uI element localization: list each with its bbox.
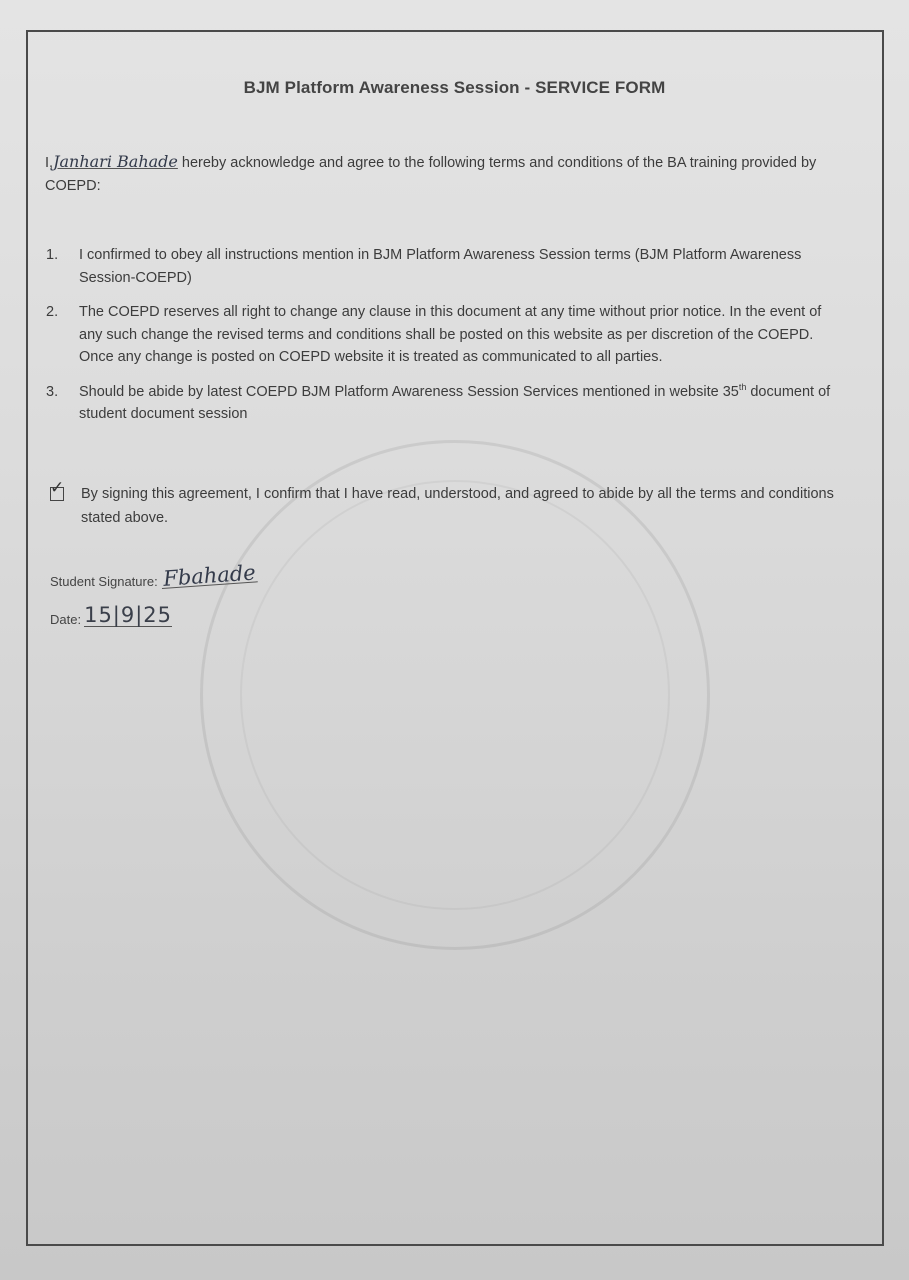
faded-stamp-inner-ring <box>240 480 670 910</box>
intro-paragraph: I,Janhari Bahade hereby acknowledge and … <box>45 150 875 198</box>
term-text: I confirmed to obey all instructions men… <box>79 244 846 289</box>
term-number: 2. <box>46 301 79 369</box>
signature-field[interactable]: Fbahade <box>160 563 258 589</box>
date-row: Date: 15|9|25 <box>50 604 172 627</box>
term-number: 3. <box>46 381 79 426</box>
date-label: Date: <box>50 612 81 627</box>
agreement-checkbox[interactable]: ✓ <box>50 487 64 501</box>
term-item: 1. I confirmed to obey all instructions … <box>46 244 846 289</box>
intro-prefix: I, <box>45 155 53 171</box>
signature-row: Student Signature: Fbahade <box>50 570 258 589</box>
term-text: The COEPD reserves all right to change a… <box>79 301 846 369</box>
date-field[interactable]: 15|9|25 <box>84 604 172 627</box>
agreement-row: ✓ By signing this agreement, I confirm t… <box>50 482 850 530</box>
checkmark-icon: ✓ <box>50 480 64 497</box>
agreement-text: By signing this agreement, I confirm tha… <box>81 482 850 530</box>
term-item: 2. The COEPD reserves all right to chang… <box>46 301 846 369</box>
student-name-field[interactable]: Janhari Bahade <box>53 152 178 171</box>
term-text-part: Should be abide by latest COEPD BJM Plat… <box>79 384 739 400</box>
term-text: Should be abide by latest COEPD BJM Plat… <box>79 381 846 426</box>
signature-label: Student Signature: <box>50 574 158 589</box>
term-item: 3. Should be abide by latest COEPD BJM P… <box>46 381 846 426</box>
term-number: 1. <box>46 244 79 289</box>
terms-list: 1. I confirmed to obey all instructions … <box>46 244 846 438</box>
form-title: BJM Platform Awareness Session - SERVICE… <box>0 78 909 98</box>
